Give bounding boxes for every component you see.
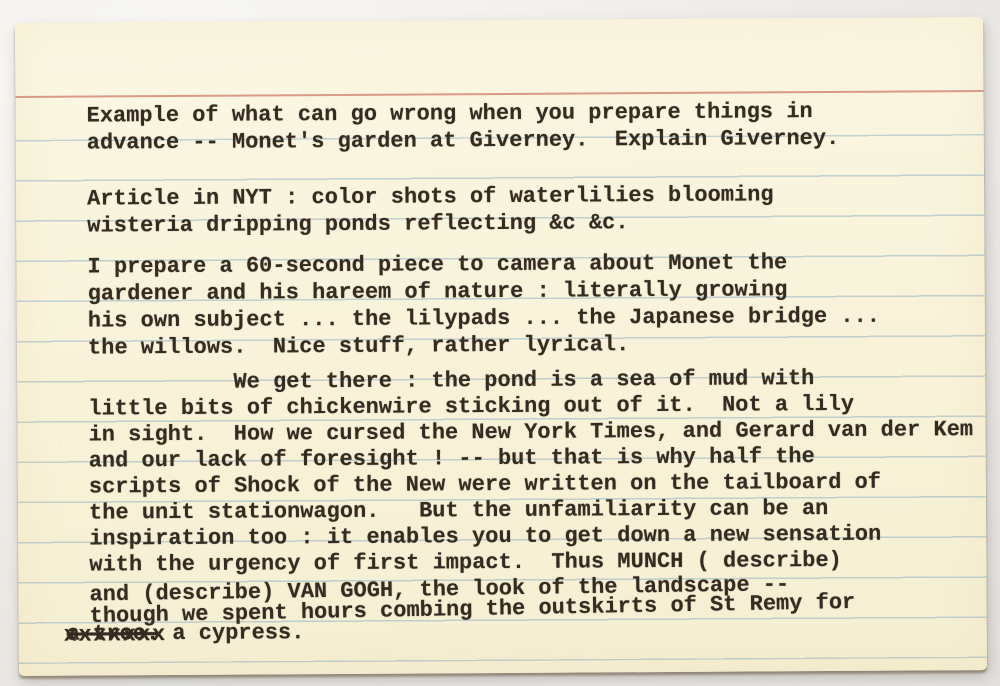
paragraph: Example of what can go wrong when you pr… — [87, 97, 980, 156]
card-header-rule — [15, 90, 983, 98]
index-card: Example of what can go wrong when you pr… — [15, 17, 987, 676]
typed-text: Example of what can go wrong when you pr… — [87, 97, 983, 647]
paragraph: Article in NYT : color shots of waterlil… — [87, 180, 980, 239]
typed-line: the willows. Nice stuff, rather lyrical. — [88, 329, 981, 361]
typed-line: inspiration too : it enables you to get … — [89, 521, 982, 552]
typed-line: in sight. How we cursed the New York Tim… — [88, 417, 981, 448]
typed-line: advance -- Monet's garden at Giverney. E… — [87, 124, 980, 156]
typed-line: his own subject ... the lilypads ... the… — [88, 302, 981, 334]
paragraph: I prepare a 60-second piece to camera ab… — [87, 248, 981, 361]
struck-out-text: a tree.xxxxxxx — [67, 621, 160, 648]
photo-backdrop: Example of what can go wrong when you pr… — [0, 0, 1000, 686]
typed-line: scripts of Shock of the New were written… — [89, 469, 982, 500]
paragraph: We get there : the pond is a sea of mud … — [88, 365, 983, 647]
typed-line: wisteria dripping ponds reflecting &c &c… — [87, 207, 980, 239]
overstrike-x-marks: xxxxxxx — [64, 622, 167, 649]
